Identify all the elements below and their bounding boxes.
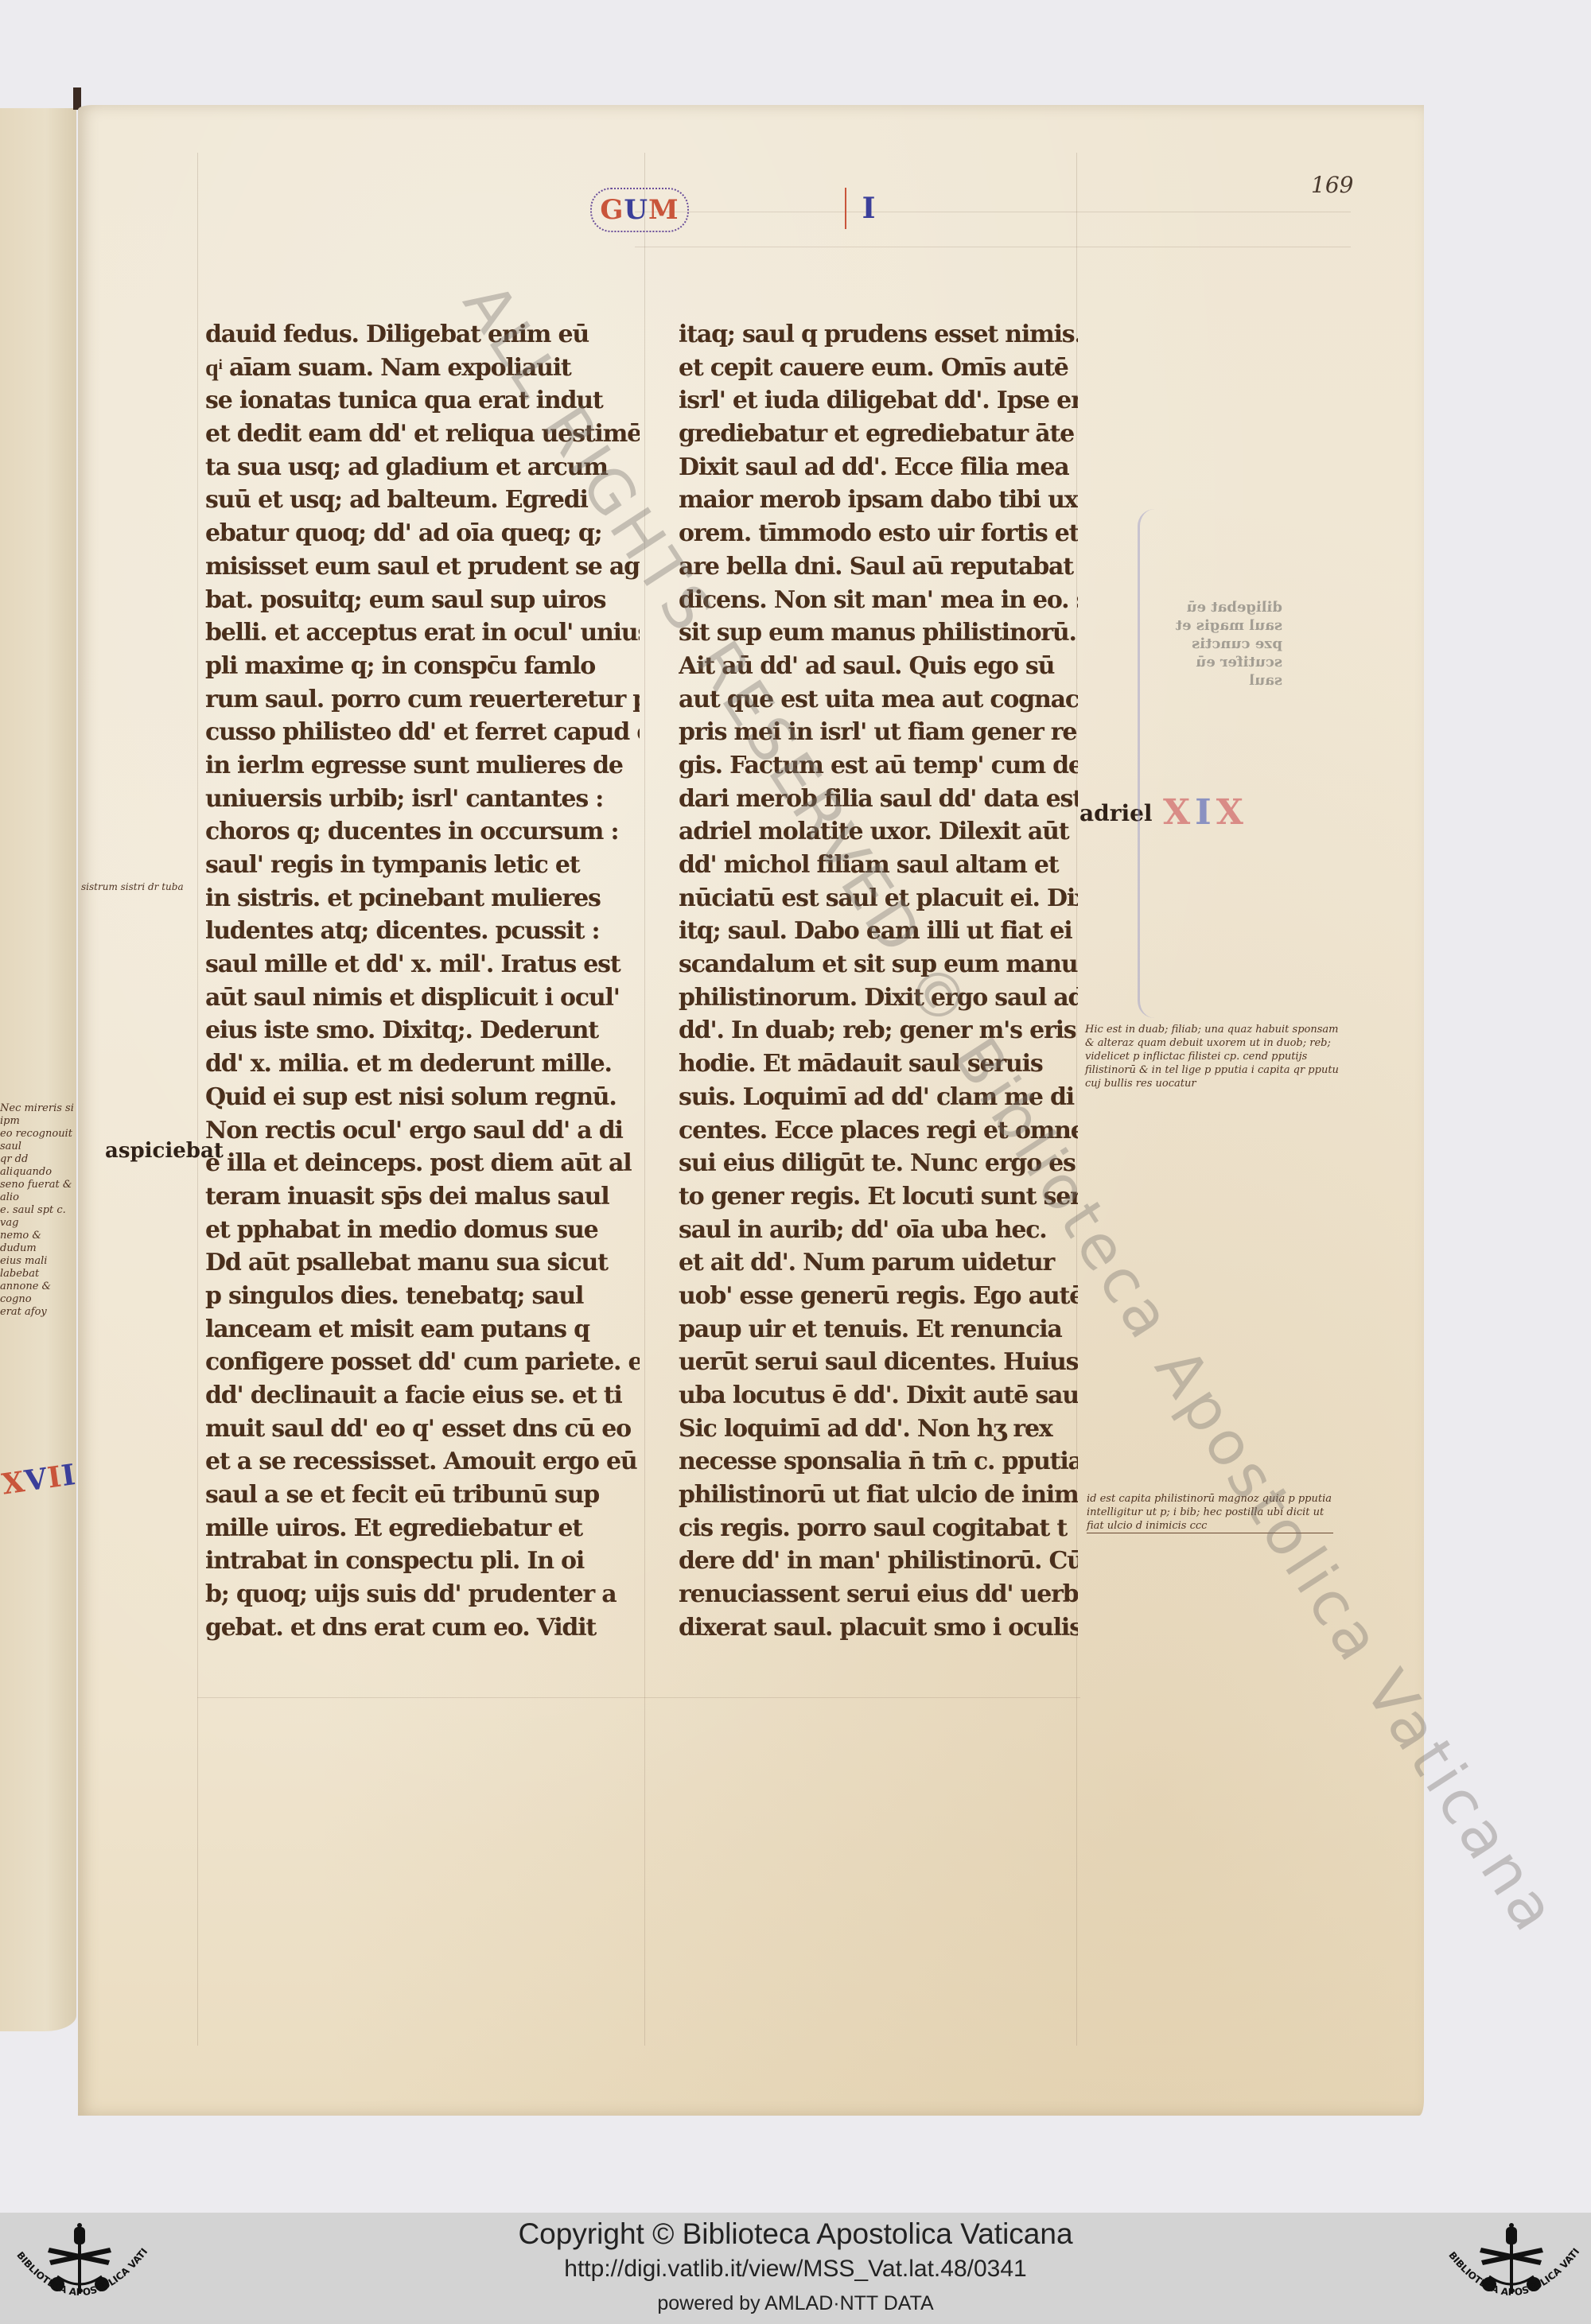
text-line: Dixit saul ad dd'. Ecce filia mea : xyxy=(679,451,1078,484)
footer-copyright: Copyright © Biblioteca Apostolica Vatica… xyxy=(0,2217,1591,2251)
text-line: sui eius diligūt te. Nunc ergo es xyxy=(679,1147,1078,1180)
text-line: choros q; ducentes in occursum : xyxy=(205,815,640,849)
text-line: dixerat saul. placuit smo i oculis xyxy=(679,1611,1078,1645)
copyright-footer: Copyright © Biblioteca Apostolica Vatica… xyxy=(0,2213,1591,2324)
verso-chapter-rubric: XVII XVII xyxy=(0,1459,75,1499)
verso-gloss-line: nemo & dudum xyxy=(0,1230,76,1255)
text-line: Quid ei sup est nisi solum regnū. xyxy=(205,1081,640,1114)
text-line: configere posset dd' cum pariete. et xyxy=(205,1346,640,1379)
ruling-line xyxy=(197,1697,1080,1698)
text-line: nūciatū est saul et placuit ei. Dix xyxy=(679,882,1078,915)
verso-gloss-line: annone & cogno xyxy=(0,1281,76,1306)
text-line: necesse sponsalia n̄ tm̄ c. pputia xyxy=(679,1445,1078,1479)
marginal-note-sistrum: sistrum sistri dr tuba xyxy=(81,880,184,894)
offset-line: saul magis et xyxy=(1163,616,1282,635)
text-line: adriel molatite uxor. Dilexit aūt xyxy=(679,815,1078,849)
text-line: lanceam et misit eam putans q xyxy=(205,1313,640,1347)
text-line: se ionatas tunica qua erat indut xyxy=(205,384,640,418)
verso-gloss-line: e. saul spt c. vag xyxy=(0,1204,76,1230)
text-line: dauid fedus. Diligebat enim eū xyxy=(205,318,640,352)
text-line: Ait aū dd' ad saul. Quis ego sū xyxy=(679,650,1078,683)
text-line: suū et usq; ad balteum. Egredi xyxy=(205,484,640,517)
text-line: ta sua usq; ad gladium et arcum xyxy=(205,451,640,484)
text-line: scandalum et sit sup eum manu xyxy=(679,948,1078,981)
text-line: eius iste smo. Dixitq;. Dederunt xyxy=(205,1014,640,1047)
verso-gloss-line: eius mali labebat xyxy=(0,1255,76,1281)
text-line: teram inuasit sp̄s dei malus saul xyxy=(205,1180,640,1214)
text-line: centes. Ecce places regi et omne xyxy=(679,1114,1078,1148)
ruling-line xyxy=(635,212,1351,212)
text-line: paup uir et tenuis. Et renuncia xyxy=(679,1313,1078,1347)
offset-line: pze cunctis xyxy=(1163,635,1282,653)
text-line: misisset eum saul et prudent se age xyxy=(205,550,640,584)
text-line: renuciassent serui eius dd' uerba q xyxy=(679,1578,1078,1611)
text-line: ludentes atq; dicentes. pcussit : xyxy=(205,915,640,948)
text-line: aūt saul nimis et displicuit i ocul' xyxy=(205,981,640,1015)
verso-gloss-line: Nec mireris si ipm xyxy=(0,1102,76,1128)
text-line: uob' esse generū regis. Ego autē sū xyxy=(679,1280,1078,1313)
verso-gloss-line: seno fuerat & alio xyxy=(0,1179,76,1204)
ruling-line xyxy=(635,247,1351,247)
text-line: dd'. In duab; reb; gener m's eris xyxy=(679,1014,1078,1047)
text-line: gebat. et dns erat cum eo. Vidit xyxy=(205,1611,640,1645)
text-line: saul mille et dd' x. mil'. Iratus est xyxy=(205,948,640,981)
text-line: et a se recessisset. Amouit ergo eū xyxy=(205,1445,640,1479)
verso-gloss-line: eo recognouit saul xyxy=(0,1128,76,1153)
running-head-left: GUM GUM xyxy=(590,188,689,232)
text-line: mille uiros. Et egrediebatur et xyxy=(205,1512,640,1545)
offset-line: saul xyxy=(1163,671,1282,690)
text-line: ebatur quoq; dd' ad oīa queq; q; xyxy=(205,517,640,550)
ruling-line xyxy=(197,153,198,2046)
marginal-gloss-capita: id est capita philistinorū magnoz quia p… xyxy=(1087,1492,1333,1533)
text-line: dd' michol filiam saul altam et xyxy=(679,849,1078,882)
manuscript-scan-area: Nec mireris si ipm eo recognouit saul qr… xyxy=(0,0,1591,2213)
text-line: muit saul dd' eo q' esset dns cū eo xyxy=(205,1413,640,1446)
text-line: p singulos dies. tenebatq; saul xyxy=(205,1280,640,1313)
footer-powered-by: powered by AMLAD·NTT DATA xyxy=(0,2292,1591,2315)
text-line: in sistris. et pcinebant mulieres xyxy=(205,882,640,915)
footer-permalink[interactable]: http://digi.vatlib.it/view/MSS_Vat.lat.4… xyxy=(0,2256,1591,2283)
papal-coat-of-arms-icon: BIBLIOTECA APOSTOLICA VATICANA xyxy=(0,2219,159,2322)
text-line: philistinorū ut fiat ulcio de inimi xyxy=(679,1479,1078,1512)
text-line: uniuersis urbib; isrl' cantantes : xyxy=(205,783,640,816)
text-line: bat. posuitq; eum saul sup uiros xyxy=(205,584,640,617)
text-line: saul in aurib; dd' oīa uba hec. xyxy=(679,1214,1078,1247)
text-line: to gener regis. Et locuti sunt seru xyxy=(679,1180,1078,1214)
text-line: philistinorum. Dixit ergo saul ad xyxy=(679,981,1078,1015)
text-line: dd' x. milia. et m dederunt mille. xyxy=(205,1047,640,1081)
offset-line: scutifer eū xyxy=(1163,653,1282,671)
text-line: sit sup eum manus philistinorū. xyxy=(679,616,1078,650)
text-line: dari merob filia saul dd' data est xyxy=(679,783,1078,816)
text-line: orem. tīmmodo esto uir fortis et pli xyxy=(679,517,1078,550)
text-column-right: itaq; saul q prudens esset nimis. et cep… xyxy=(679,318,1078,1645)
verso-gloss-line: qr dd aliquando xyxy=(0,1153,76,1179)
text-line: uba locutus ē dd'. Dixit autē saul. xyxy=(679,1379,1078,1413)
text-line: et ait dd'. Num parum uidetur xyxy=(679,1246,1078,1280)
text-line: grediebatur et egrediebatur āte eos. xyxy=(679,418,1078,451)
papal-coat-of-arms-icon: BIBLIOTECA APOSTOLICA VATICANA xyxy=(1432,2219,1591,2322)
text-line: cusso philisteo dd' et ferret capud eī xyxy=(205,716,640,749)
text-column-left: dauid fedus. Diligebat enim eū qͥ aīam s… xyxy=(205,318,640,1645)
chapter-rubric-xix: XIX XIX xyxy=(1163,792,1248,833)
text-line: uerūt serui saul dicentes. Huiuscemodi xyxy=(679,1346,1078,1379)
text-line: b; quoq; uijs suis dd' prudenter a xyxy=(205,1578,640,1611)
text-line: itaq; saul q prudens esset nimis. xyxy=(679,318,1078,352)
text-line: Non rectis ocul' ergo saul dd' a di xyxy=(205,1114,640,1148)
text-line: hodie. Et mādauit saul seruis xyxy=(679,1047,1078,1081)
text-line: dicens. Non sit man' mea in eo. s xyxy=(679,584,1078,617)
text-line: itq; saul. Dabo eam illi ut fiat ei i xyxy=(679,915,1078,948)
text-line: cis regis. porro saul cogitabat t xyxy=(679,1512,1078,1545)
text-line: rum saul. porro cum reuerteretur p xyxy=(205,683,640,717)
text-line: are bella dni. Saul aū reputabat xyxy=(679,550,1078,584)
text-line: dd' declinauit a facie eius se. et ti xyxy=(205,1379,640,1413)
text-line: et dedit eam dd' et reliqua uestimē xyxy=(205,418,640,451)
text-line: saul a se et fecit eū tribunū sup xyxy=(205,1479,640,1512)
text-line: gis. Factum est aū temp' cum deberet xyxy=(679,749,1078,783)
running-head-right-text: I xyxy=(862,192,876,225)
marginal-correction-aspiciebat: aspiciebat xyxy=(105,1139,224,1163)
verso-marginal-gloss: Nec mireris si ipm eo recognouit saul qr… xyxy=(0,1102,76,1319)
text-line: in ierlm egresse sunt mulieres de xyxy=(205,749,640,783)
text-line: et pphabat in medio domus sue xyxy=(205,1214,640,1247)
vatican-library-logo-right: BIBLIOTECA APOSTOLICA VATICANA xyxy=(1432,2219,1591,2322)
ruling-line xyxy=(644,153,645,2046)
text-line: et cepit cauere eum. Omīs autē xyxy=(679,352,1078,385)
text-line: Sic loquimī ad dd'. Non hʒ rex xyxy=(679,1413,1078,1446)
text-line: belli. et acceptus erat in ocul' uniusi xyxy=(205,616,640,650)
text-line: pli maxime q; in conspc̄u famlo xyxy=(205,650,640,683)
text-line: e illa et deinceps. post diem aūt al xyxy=(205,1147,640,1180)
facing-page-verso: Nec mireris si ipm eo recognouit saul qr… xyxy=(0,108,76,2031)
text-line: dere dd' in man' philistinorū. Cūq; xyxy=(679,1545,1078,1578)
text-line: saul' regis in tympanis letic et xyxy=(205,849,640,882)
verso-gloss-line: erat afoy xyxy=(0,1306,76,1319)
marginal-gloss-two-daughters: Hic est in duab; filiab; una quaz habuit… xyxy=(1085,1023,1340,1090)
text-line: suis. Loquimī ad dd' clam me di xyxy=(679,1081,1078,1114)
text-line: pris mei in isrl' ut fiam gener re xyxy=(679,716,1078,749)
folio-number: 169 xyxy=(1311,172,1353,198)
text-line: aut que est uita mea aut cognaco xyxy=(679,683,1078,717)
offset-bleed-through-text: diligebat eū saul magis et pze cunctis s… xyxy=(1163,598,1282,690)
text-line: Dd aūt psallebat manu sua sicut xyxy=(205,1246,640,1280)
show-through-flourish xyxy=(1138,509,1172,1018)
text-line: intrabat in conspectu pli. In oi xyxy=(205,1545,640,1578)
running-head-right: I xyxy=(845,188,891,229)
text-line: maior merob ipsam dabo tibi ux xyxy=(679,484,1078,517)
text-line: qͥ aīam suam. Nam expoliauit xyxy=(205,352,640,385)
offset-line: diligebat eū xyxy=(1163,598,1282,616)
vatican-library-logo-left: BIBLIOTECA APOSTOLICA VATICANA xyxy=(0,2219,159,2322)
text-line: isrl' et iuda diligebat dd'. Ipse eni i xyxy=(679,384,1078,418)
